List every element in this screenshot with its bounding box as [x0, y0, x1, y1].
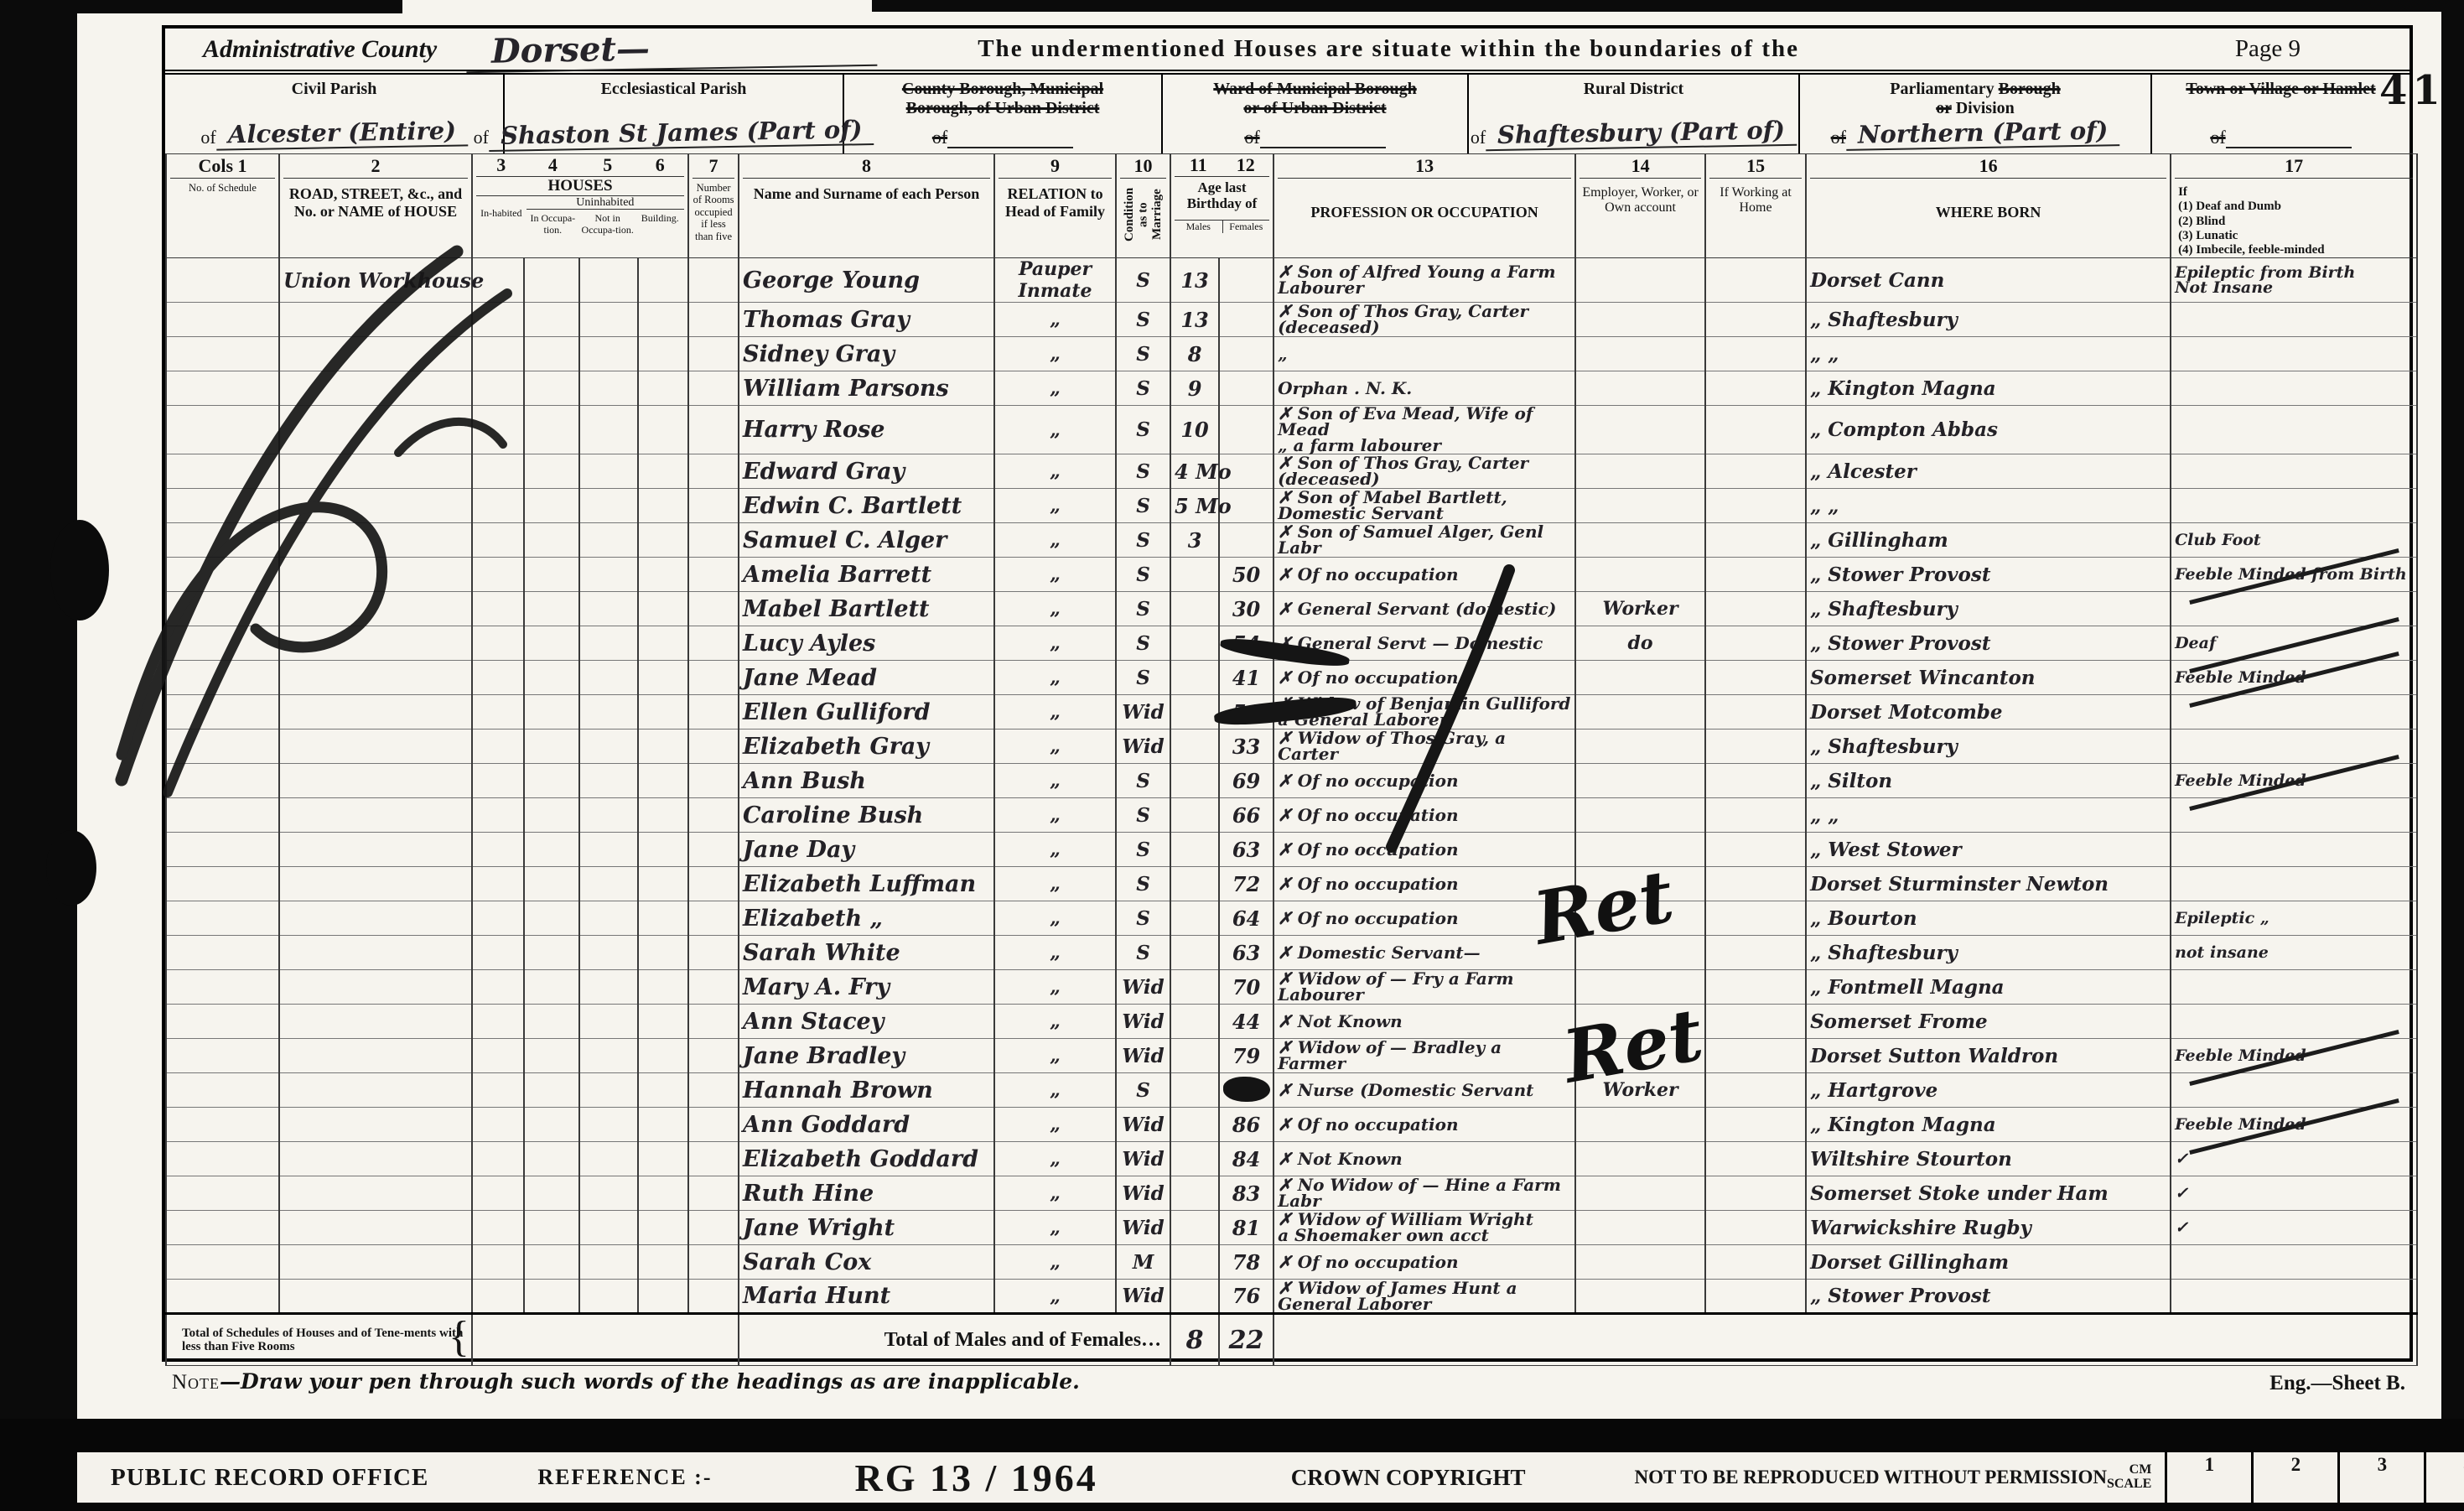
- cell-age-female: 44: [1219, 1005, 1273, 1039]
- cell-infirmity: not insane: [2171, 936, 2417, 970]
- totals-right-empty: [1273, 1314, 2417, 1366]
- cell-rooms: [688, 489, 739, 523]
- cell-age-female: 66: [1219, 798, 1273, 833]
- cell-relation: „: [994, 406, 1116, 454]
- cell-not-in-occupation: [579, 695, 638, 730]
- cell-relation: „: [994, 1211, 1116, 1245]
- ward-section: Ward of Municipal Borough or of Urban Di…: [1163, 75, 1469, 153]
- cell-rooms: [688, 523, 739, 558]
- table-row: Hannah Brown „ S ✗ Nurse (Domestic Serva…: [166, 1073, 2417, 1108]
- col-age-group: 11 12 Age last Birthday of Males Females: [1170, 154, 1273, 258]
- cell-age-male: 9: [1170, 371, 1219, 406]
- cell-not-in-occupation: [579, 1005, 638, 1039]
- cell-where-born: „ Stower Provost: [1806, 558, 2171, 592]
- cell-building: [638, 764, 688, 798]
- cell-rooms: [688, 661, 739, 695]
- cell-building: [638, 1176, 688, 1211]
- cell-age-male: [1170, 764, 1219, 798]
- cell-relation: „: [994, 626, 1116, 661]
- cell-rooms: [688, 936, 739, 970]
- cell-schedule: [166, 661, 279, 695]
- parliamentary-value: Northern (Part of): [1846, 116, 2120, 151]
- public-record-office-label: PUBLIC RECORD OFFICE: [111, 1464, 428, 1492]
- cell-where-born: Dorset Cann: [1806, 258, 2171, 303]
- table-row: Thomas Gray „ S 13 ✗ Son of Thos Gray, C…: [166, 303, 2417, 337]
- cell-relation: „: [994, 592, 1116, 626]
- cell-infirmity: [2171, 695, 2417, 730]
- cell-name: Edward Gray: [739, 454, 994, 489]
- cell-building: [638, 1108, 688, 1142]
- cell-where-born: Somerset Stoke under Ham: [1806, 1176, 2171, 1211]
- cell-working-at-home: [1705, 730, 1806, 764]
- cell-age-male: [1170, 1039, 1219, 1073]
- cell-not-in-occupation: [579, 1176, 638, 1211]
- cell-rooms: [688, 798, 739, 833]
- cell-rooms: [688, 764, 739, 798]
- cell-working-at-home: [1705, 798, 1806, 833]
- cell-road: [279, 901, 472, 936]
- table-row: Mabel Bartlett „ S 30 ✗ General Servant …: [166, 592, 2417, 626]
- districts-band: Civil Parish of Alcester (Entire) Eccles…: [165, 75, 2410, 153]
- cell-age-female: [1219, 1073, 1273, 1108]
- cell-not-in-occupation: [579, 406, 638, 454]
- cell-not-in-occupation: [579, 523, 638, 558]
- footer-strip: PUBLIC RECORD OFFICE REFERENCE :- RG 13 …: [77, 1452, 2464, 1503]
- cell-age-male: [1170, 1245, 1219, 1280]
- cell-schedule: [166, 764, 279, 798]
- cell-employer: [1575, 489, 1705, 523]
- cell-name: Mary A. Fry: [739, 970, 994, 1005]
- cell-where-born: „ „: [1806, 337, 2171, 371]
- cell-rooms: [688, 1142, 739, 1176]
- table-row: Amelia Barrett „ S 50 ✗ Of no occupation…: [166, 558, 2417, 592]
- film-blob-2: [46, 830, 96, 906]
- cell-infirmity: Feeble Minded: [2171, 1108, 2417, 1142]
- cell-not-in-occupation: [579, 970, 638, 1005]
- table-row: Ann Stacey „ Wid 44 ✗ Not Known Somerset…: [166, 1005, 2417, 1039]
- cell-schedule: [166, 730, 279, 764]
- civil-parish-title: Civil Parish: [172, 80, 496, 99]
- cell-where-born: Somerset Frome: [1806, 1005, 2171, 1039]
- cell-age-female: 63: [1219, 833, 1273, 867]
- of-label: of: [200, 127, 215, 148]
- cell-infirmity: [2171, 371, 2417, 406]
- col-relation: 9 RELATION to Head of Family: [994, 154, 1116, 258]
- cell-name: Jane Bradley: [739, 1039, 994, 1073]
- cell-age-male: 4 Mo: [1170, 454, 1219, 489]
- cell-age-male: [1170, 833, 1219, 867]
- cell-road: [279, 337, 472, 371]
- cell-building: [638, 337, 688, 371]
- cell-infirmity: [2171, 867, 2417, 901]
- cell-not-in-occupation: [579, 303, 638, 337]
- cell-age-female: 70: [1219, 970, 1273, 1005]
- ret-annotation-1: Ret: [1529, 860, 1678, 956]
- ward-title2: or of Urban District: [1243, 99, 1386, 117]
- town-village-title: Town or Village or Hamlet: [2159, 80, 2403, 99]
- cm-ruler: 1 2 3 4 5 6: [2165, 1452, 2464, 1503]
- cell-inhabited: [472, 454, 524, 489]
- of-label: of: [932, 127, 947, 148]
- cell-rooms: [688, 901, 739, 936]
- cell-in-occupation: [524, 695, 579, 730]
- cell-occupation: ✗ Of no occupation: [1273, 833, 1575, 867]
- table-row: Mary A. Fry „ Wid 70 ✗ Widow of — Fry a …: [166, 970, 2417, 1005]
- cell-road: [279, 626, 472, 661]
- cell-building: [638, 936, 688, 970]
- col-number: Cols 1: [170, 154, 275, 179]
- cell-occupation: ✗ Widow of — Bradley a Farmer: [1273, 1039, 1575, 1073]
- cell-relation: „: [994, 337, 1116, 371]
- cell-age-male: [1170, 1073, 1219, 1108]
- cell-schedule: [166, 936, 279, 970]
- cell-condition: S: [1116, 558, 1170, 592]
- cell-where-born: „ Hartgrove: [1806, 1073, 2171, 1108]
- cell-condition: Wid: [1116, 730, 1170, 764]
- cell-working-at-home: [1705, 337, 1806, 371]
- brace-glyph: {: [449, 1313, 469, 1361]
- cell-age-male: 10: [1170, 406, 1219, 454]
- cell-age-female: 79: [1219, 1039, 1273, 1073]
- cell-schedule: [166, 454, 279, 489]
- cell-age-female: [1219, 371, 1273, 406]
- cell-in-occupation: [524, 936, 579, 970]
- cell-occupation: ✗ Not Known: [1273, 1005, 1575, 1039]
- cell-rooms: [688, 1245, 739, 1280]
- cell-building: [638, 558, 688, 592]
- cell-rooms: [688, 558, 739, 592]
- parliamentary-struck-borough: Borough: [1999, 80, 2061, 98]
- cell-inhabited: [472, 936, 524, 970]
- table-row: Edwin C. Bartlett „ S 5 Mo ✗ Son of Mabe…: [166, 489, 2417, 523]
- cell-where-born: „ Shaftesbury: [1806, 592, 2171, 626]
- cell-relation: „: [994, 833, 1116, 867]
- crown-copyright-label: CROWN COPYRIGHT: [1291, 1465, 1526, 1491]
- inhabited-label: In-habited: [476, 196, 527, 236]
- footer-band: PUBLIC RECORD OFFICE REFERENCE :- RG 13 …: [0, 1419, 2464, 1511]
- rural-district-value: Shaftesbury (Part of): [1486, 116, 1797, 151]
- cell-schedule: [166, 798, 279, 833]
- cell-road: [279, 730, 472, 764]
- cell-in-occupation: [524, 1039, 579, 1073]
- cell-name: Edwin C. Bartlett: [739, 489, 994, 523]
- cell-in-occupation: [524, 1005, 579, 1039]
- cell-employer: [1575, 695, 1705, 730]
- cell-relation: „: [994, 454, 1116, 489]
- cell-name: Elizabeth „: [739, 901, 994, 936]
- cell-age-female: 41: [1219, 661, 1273, 695]
- cell-road: [279, 489, 472, 523]
- cell-not-in-occupation: [579, 661, 638, 695]
- cell-where-born: Dorset Sutton Waldron: [1806, 1039, 2171, 1073]
- col-number: 14: [1580, 154, 1701, 179]
- cell-road: [279, 592, 472, 626]
- cell-road: [279, 695, 472, 730]
- cell-name: Jane Wright: [739, 1211, 994, 1245]
- cell-inhabited: [472, 406, 524, 454]
- cell-inhabited: [472, 371, 524, 406]
- of-label: of: [1831, 127, 1846, 148]
- cell-schedule: [166, 1245, 279, 1280]
- film-edge-top-right: [872, 0, 2464, 12]
- col-number: 9: [999, 154, 1112, 179]
- cell-inhabited: [472, 730, 524, 764]
- cell-working-at-home: [1705, 489, 1806, 523]
- cell-relation: „: [994, 1039, 1116, 1073]
- cell-age-male: [1170, 1280, 1219, 1314]
- cell-where-born: „ „: [1806, 798, 2171, 833]
- cell-infirmity: [2171, 798, 2417, 833]
- cell-schedule: [166, 1176, 279, 1211]
- cell-relation: „: [994, 936, 1116, 970]
- cell-working-at-home: [1705, 695, 1806, 730]
- cell-employer: [1575, 1176, 1705, 1211]
- cell-age-female: 30: [1219, 592, 1273, 626]
- cell-not-in-occupation: [579, 489, 638, 523]
- blank-line: [947, 147, 1073, 148]
- cell-employer: [1575, 558, 1705, 592]
- table-row: Samuel C. Alger „ S 3 ✗ Son of Samuel Al…: [166, 523, 2417, 558]
- cell-relation: „: [994, 901, 1116, 936]
- cell-occupation: ✗ Of no occupation: [1273, 661, 1575, 695]
- cell-occupation: ✗ Son of Eva Mead, Wife of Mead „ a farm…: [1273, 406, 1575, 454]
- cell-inhabited: [472, 1073, 524, 1108]
- table-row: Harry Rose „ S 10 ✗ Son of Eva Mead, Wif…: [166, 406, 2417, 454]
- cell-name: Ruth Hine: [739, 1176, 994, 1211]
- cell-where-born: Wiltshire Stourton: [1806, 1142, 2171, 1176]
- cell-schedule: [166, 558, 279, 592]
- page-number: Page 9: [2235, 35, 2301, 63]
- cell-age-female: 81: [1219, 1211, 1273, 1245]
- cell-condition: S: [1116, 661, 1170, 695]
- cell-name: William Parsons: [739, 371, 994, 406]
- cell-where-born: Dorset Sturminster Newton: [1806, 867, 2171, 901]
- cell-condition: Wid: [1116, 1142, 1170, 1176]
- table-row: Ruth Hine „ Wid 83 ✗ No Widow of — Hine …: [166, 1176, 2417, 1211]
- cell-relation: „: [994, 661, 1116, 695]
- cell-where-born: Dorset Gillingham: [1806, 1245, 2171, 1280]
- blank-line: [1260, 147, 1386, 148]
- county-borough-section: County Borough, Municipal Borough, of Ur…: [844, 75, 1163, 153]
- cell-where-born: „ Shaftesbury: [1806, 730, 2171, 764]
- cell-working-at-home: [1705, 258, 1806, 303]
- cell-employer: [1575, 406, 1705, 454]
- cell-relation: „: [994, 489, 1116, 523]
- cell-schedule: [166, 489, 279, 523]
- cell-name: Maria Hunt: [739, 1280, 994, 1314]
- cell-age-female: 64: [1219, 901, 1273, 936]
- civil-parish-value: Alcester (Entire): [215, 116, 468, 150]
- cell-inhabited: [472, 901, 524, 936]
- admin-county-band: Administrative County Dorset— The underm…: [165, 29, 2410, 75]
- cell-in-occupation: [524, 558, 579, 592]
- table-row: Jane Bradley „ Wid 79 ✗ Widow of — Bradl…: [166, 1039, 2417, 1073]
- cell-age-female: 50: [1219, 558, 1273, 592]
- cell-age-male: 8: [1170, 337, 1219, 371]
- cell-inhabited: [472, 867, 524, 901]
- cell-infirmity: ✓: [2171, 1211, 2417, 1245]
- cell-condition: Wid: [1116, 1108, 1170, 1142]
- cell-condition: S: [1116, 936, 1170, 970]
- cell-rooms: [688, 406, 739, 454]
- cell-working-at-home: [1705, 970, 1806, 1005]
- cell-condition: S: [1116, 371, 1170, 406]
- cell-schedule: [166, 833, 279, 867]
- cell-relation: „: [994, 1280, 1116, 1314]
- cell-not-in-occupation: [579, 626, 638, 661]
- cell-working-at-home: [1705, 901, 1806, 936]
- cell-not-in-occupation: [579, 371, 638, 406]
- cell-not-in-occupation: [579, 1039, 638, 1073]
- cell-age-male: 13: [1170, 303, 1219, 337]
- cell-condition: Wid: [1116, 1280, 1170, 1314]
- cell-not-in-occupation: [579, 936, 638, 970]
- cell-relation: „: [994, 1176, 1116, 1211]
- cell-age-male: [1170, 1176, 1219, 1211]
- cell-name: Ann Stacey: [739, 1005, 994, 1039]
- cell-rooms: [688, 1108, 739, 1142]
- cell-where-born: „ Kington Magna: [1806, 1108, 2171, 1142]
- parliamentary-struck-or: or: [1936, 99, 1952, 117]
- cell-infirmity: Epileptic „: [2171, 901, 2417, 936]
- cell-infirmity: [2171, 406, 2417, 454]
- cell-not-in-occupation: [579, 592, 638, 626]
- col-home: 15 If Working at Home: [1705, 154, 1806, 258]
- cell-where-born: „ Shaftesbury: [1806, 303, 2171, 337]
- cell-infirmity: [2171, 970, 2417, 1005]
- cell-employer: [1575, 371, 1705, 406]
- cell-name: Ann Goddard: [739, 1108, 994, 1142]
- cell-working-at-home: [1705, 1211, 1806, 1245]
- cell-road: [279, 970, 472, 1005]
- cell-in-occupation: [524, 1176, 579, 1211]
- cell-inhabited: [472, 337, 524, 371]
- cell-schedule: [166, 1142, 279, 1176]
- cell-name: Jane Mead: [739, 661, 994, 695]
- cell-relation: „: [994, 798, 1116, 833]
- cell-road: [279, 1142, 472, 1176]
- cell-name: Sarah Cox: [739, 1245, 994, 1280]
- of-label: of: [1471, 127, 1486, 148]
- cell-occupation: ✗ Nurse (Domestic Servant: [1273, 1073, 1575, 1108]
- cell-age-female: [1219, 454, 1273, 489]
- col-label: Employer, Worker, or Own account: [1580, 179, 1701, 216]
- col-label: Name and Surname of each Person: [743, 179, 990, 203]
- cell-condition: S: [1116, 901, 1170, 936]
- cell-not-in-occupation: [579, 454, 638, 489]
- cell-name: Mabel Bartlett: [739, 592, 994, 626]
- cell-where-born: „ Alcester: [1806, 454, 2171, 489]
- col-label: If Working at Home: [1709, 179, 1802, 216]
- cell-inhabited: [472, 1005, 524, 1039]
- cell-age-male: [1170, 867, 1219, 901]
- cell-in-occupation: [524, 371, 579, 406]
- ret-annotation-2: Ret: [1559, 999, 1708, 1094]
- cell-inhabited: [472, 626, 524, 661]
- cell-where-born: „ Stower Provost: [1806, 1280, 2171, 1314]
- cell-employer: do: [1575, 626, 1705, 661]
- table-row: Elizabeth Gray „ Wid 33 ✗ Widow of Thos …: [166, 730, 2417, 764]
- table-body: Union Workhouse George Young Pauper Inma…: [166, 258, 2417, 1314]
- parliamentary-division: Division: [1956, 99, 2015, 117]
- census-form: Administrative County Dorset— The underm…: [162, 25, 2413, 1362]
- cell-schedule: [166, 258, 279, 303]
- cell-employer: [1575, 1108, 1705, 1142]
- cell-infirmity: Feeble Minded: [2171, 764, 2417, 798]
- cell-not-in-occupation: [579, 867, 638, 901]
- cell-road: [279, 1245, 472, 1280]
- cell-building: [638, 406, 688, 454]
- houses-title: HOUSES: [476, 177, 684, 196]
- cell-rooms: [688, 695, 739, 730]
- cell-occupation: ✗ Of no occupation: [1273, 1108, 1575, 1142]
- census-table: Cols 1 No. of Schedule 2 ROAD, STREET, &…: [165, 153, 2418, 1366]
- cell-name: Ann Bush: [739, 764, 994, 798]
- cell-building: [638, 661, 688, 695]
- cell-relation: „: [994, 867, 1116, 901]
- table-totals: Total of Schedules of Houses and of Tene…: [166, 1314, 2417, 1366]
- cell-not-in-occupation: [579, 258, 638, 303]
- table-row: Caroline Bush „ S 66 ✗ Of no occupation …: [166, 798, 2417, 833]
- cell-infirmity: [2171, 1245, 2417, 1280]
- table-row: William Parsons „ S 9 Orphan . N. K. „ K…: [166, 371, 2417, 406]
- cell-infirmity: [2171, 303, 2417, 337]
- cell-building: [638, 1005, 688, 1039]
- cell-where-born: „ Gillingham: [1806, 523, 2171, 558]
- of-label: of: [2210, 127, 2225, 148]
- cell-not-in-occupation: [579, 1211, 638, 1245]
- cell-employer: Worker: [1575, 592, 1705, 626]
- cell-condition: Wid: [1116, 1005, 1170, 1039]
- cell-inhabited: [472, 1142, 524, 1176]
- cell-relation: „: [994, 970, 1116, 1005]
- film-edge-right: [2441, 0, 2464, 1511]
- cell-working-at-home: [1705, 1142, 1806, 1176]
- rural-district-title: Rural District: [1476, 80, 1792, 99]
- cell-rooms: [688, 303, 739, 337]
- cell-building: [638, 1073, 688, 1108]
- cell-condition: S: [1116, 626, 1170, 661]
- cell-inhabited: [472, 592, 524, 626]
- cell-inhabited: [472, 489, 524, 523]
- cell-where-born: „ Shaftesbury: [1806, 936, 2171, 970]
- col-number: 3: [476, 154, 527, 176]
- totals-males-females-label: Total of Males and of Females…: [739, 1314, 1170, 1366]
- cell-age-male: [1170, 1108, 1219, 1142]
- civil-parish-section: Civil Parish of Alcester (Entire): [165, 75, 505, 153]
- cell-rooms: [688, 730, 739, 764]
- table-header: Cols 1 No. of Schedule 2 ROAD, STREET, &…: [166, 154, 2417, 258]
- cell-condition: Wid: [1116, 695, 1170, 730]
- cell-road: [279, 303, 472, 337]
- cell-inhabited: [472, 558, 524, 592]
- cell-name: Samuel C. Alger: [739, 523, 994, 558]
- cell-age-male: 3: [1170, 523, 1219, 558]
- cell-occupation: ✗ Widow of Thos Gray, a Carter: [1273, 730, 1575, 764]
- cell-condition: S: [1116, 303, 1170, 337]
- cell-relation: „: [994, 764, 1116, 798]
- cell-relation: Pauper Inmate: [994, 258, 1116, 303]
- ruler-mark: 2: [2251, 1452, 2337, 1503]
- cell-infirmity: [2171, 833, 2417, 867]
- town-village-section: Town or Village or Hamlet of: [2152, 75, 2410, 153]
- cell-in-occupation: [524, 833, 579, 867]
- table-row: Sidney Gray „ S 8 „ „ „: [166, 337, 2417, 371]
- cell-in-occupation: [524, 258, 579, 303]
- table-row: Elizabeth Luffman „ S 72 ✗ Of no occupat…: [166, 867, 2417, 901]
- cell-condition: S: [1116, 1073, 1170, 1108]
- cell-not-in-occupation: [579, 337, 638, 371]
